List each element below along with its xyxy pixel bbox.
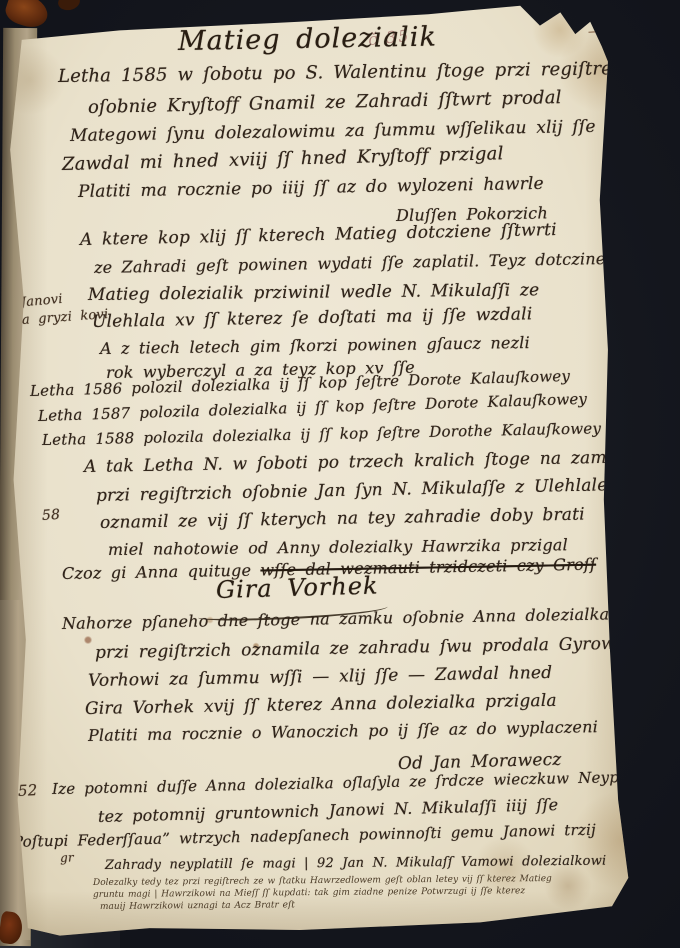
folio-number: 97: [587, 11, 615, 32]
manuscript-line: gruntu magi | Hawrzikowi na Mieſſ ſſ kup…: [93, 886, 525, 900]
manuscript-line: Platiti ma rocznie o Wanoczich po ij ſſe…: [88, 717, 598, 745]
manuscript-line: A ktere kop xlij ſſ kterech Matieg dotcz…: [80, 220, 557, 250]
section-heading-matieg-dolezalik: Matieg dolezialik: [178, 21, 437, 57]
manuscript-line: Letha 1588 polozila dolezialka ij ſſ kop…: [42, 419, 601, 449]
binding-thread-top-dark: [57, 0, 82, 12]
manuscript-line: przi regiſtrzich oſobnie Jan ſyn N. Miku…: [96, 475, 608, 506]
manuscript-line: A z tiech letech gim ſkorzi powinen gſau…: [100, 333, 530, 358]
manuscript-line: Nahorze pſaneho dne ſtoge na zamku oſobn…: [62, 604, 610, 633]
manuscript-line: Letha 1585 w ſobotu po S. Walentinu ſtog…: [58, 58, 634, 87]
manuscript-photo: 97 č 35 Matieg dolezialik Gira Vorhek Le…: [0, 0, 680, 948]
manuscript-line: Gira Vorhek xvij ſſ kterez Anna dolezial…: [85, 691, 557, 719]
manuscript-line: A tak Letha N. w ſoboti po trzech kralic…: [84, 447, 629, 476]
manuscript-line: mauij Hawrzikowi uznagi ta Acz Bratr eſt: [100, 900, 295, 912]
manuscript-line: Ulehlala xv ſſ kterez ſe doſtati ma ij ſ…: [92, 304, 533, 332]
margin-note: 58: [41, 507, 60, 524]
struck-through-text: wſſe dal wezmauti trzidczeti czy Groſſ: [260, 555, 596, 580]
manuscript-line: ze Zahradi geſt powinen wydati ſſe zapla…: [94, 249, 606, 277]
margin-note: 52: [18, 781, 38, 800]
manuscript-line: „Poſtupi Federſſaua” wtrzych nadepſanech…: [5, 821, 596, 851]
manuscript-page: 97 č 35 Matieg dolezialik Gira Vorhek Le…: [0, 0, 680, 948]
manuscript-line: Matieg dolezialik prziwinil wedle N. Mik…: [88, 280, 540, 305]
manuscript-line: tez potomnij gruntownich Janowi N. Mikul…: [98, 795, 559, 826]
manuscript-line: Ize potomni duſſe Anna dolezialka oſlaſy…: [52, 768, 640, 798]
manuscript-line: Zawdal mi hned xviij ſſ hned Kryſtoff pr…: [62, 143, 504, 175]
manuscript-line: oznamil ze vij ſſ kterych na tey zahradi…: [100, 505, 585, 533]
margin-note: gr: [60, 850, 75, 865]
manuscript-line: Zahrady neyplatill ſe magi | 92 Jan N. M…: [105, 854, 607, 873]
manuscript-line: Mategowi ſynu dolezalowimu za ſummu wſſe…: [70, 117, 596, 146]
manuscript-line: przi regiſtrzich oznamila ze zahradu ſwu…: [95, 634, 622, 663]
manuscript-line: oſobnie Kryſtoff Gnamil ze Zahradi ſſtwr…: [88, 87, 562, 118]
manuscript-line: Platiti ma rocznie po iiij ſſ az do wylo…: [78, 174, 544, 202]
manuscript-line: Vorhowi za ſummu wſſi — xlij ſſe — Zawda…: [88, 663, 553, 691]
